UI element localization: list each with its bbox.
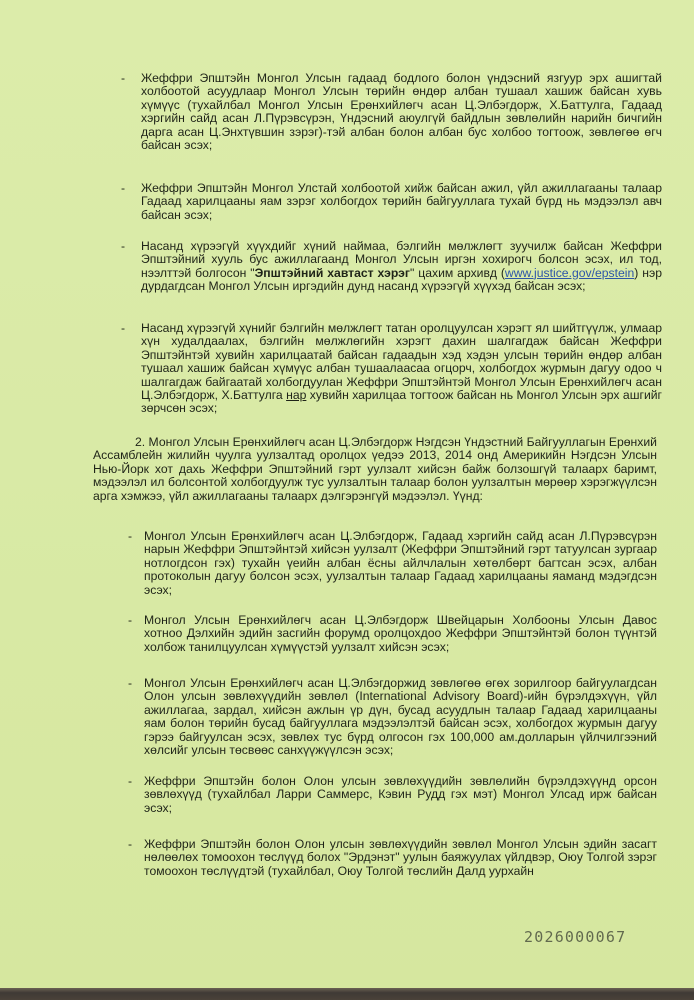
page-bottom-edge (0, 988, 694, 1000)
bullet-dash: - (121, 322, 125, 335)
list-item-text: Жеффри Эпштэйн болон Олон улсын зөвлөхүү… (144, 775, 657, 815)
bullet-dash: - (121, 182, 125, 195)
bullet-dash: - (128, 775, 132, 788)
bullet-dash: - (128, 838, 132, 851)
text-segment: " цахим архивд ( (410, 266, 505, 280)
bullet-dash: - (121, 72, 125, 85)
section-2-paragraph: 2. Монгол Улсын Ерөнхийлөгч асан Ц.Элбэг… (93, 436, 657, 503)
list-item-text: Монгол Улсын Ерөнхийлөгч асан Ц.Элбэгдор… (144, 614, 657, 654)
underlined-word: нар (286, 388, 306, 402)
bullet-dash: - (128, 530, 132, 543)
justice-gov-link[interactable]: www.justice.gov/epstein (505, 266, 634, 280)
bullet-dash: - (128, 614, 132, 627)
bullet-dash: - (128, 677, 132, 690)
list-item-text: Насанд хүрээгүй хүнийг бэлгийн мөлжлөгт … (141, 322, 662, 416)
list-item-text: Жеффри Эпштэйн Монгол Улстай холбоотой х… (141, 182, 662, 222)
list-item-text: Насанд хүрээгүй хүүхдийг хүний наймаа, б… (141, 240, 662, 294)
document-page: - Жеффри Эпштэйн Монгол Улсын гадаад бод… (0, 0, 694, 988)
list-item-text: Жеффри Эпштэйн болон Олон улсын зөвлөхүү… (144, 838, 657, 878)
case-file-title: Эпштэйний хавтаст хэрэг (255, 266, 410, 280)
list-item-text: Монгол Улсын Ерөнхийлөгч асан Ц.Элбэгдор… (144, 530, 657, 597)
list-item-text: Жеффри Эпштэйн Монгол Улсын гадаад бодло… (141, 72, 662, 152)
bullet-dash: - (121, 240, 125, 253)
document-stamp-number: 2026000067 (524, 928, 626, 946)
list-item-text: Монгол Улсын Ерөнхийлөгч асан Ц.Элбэгдор… (144, 677, 657, 757)
